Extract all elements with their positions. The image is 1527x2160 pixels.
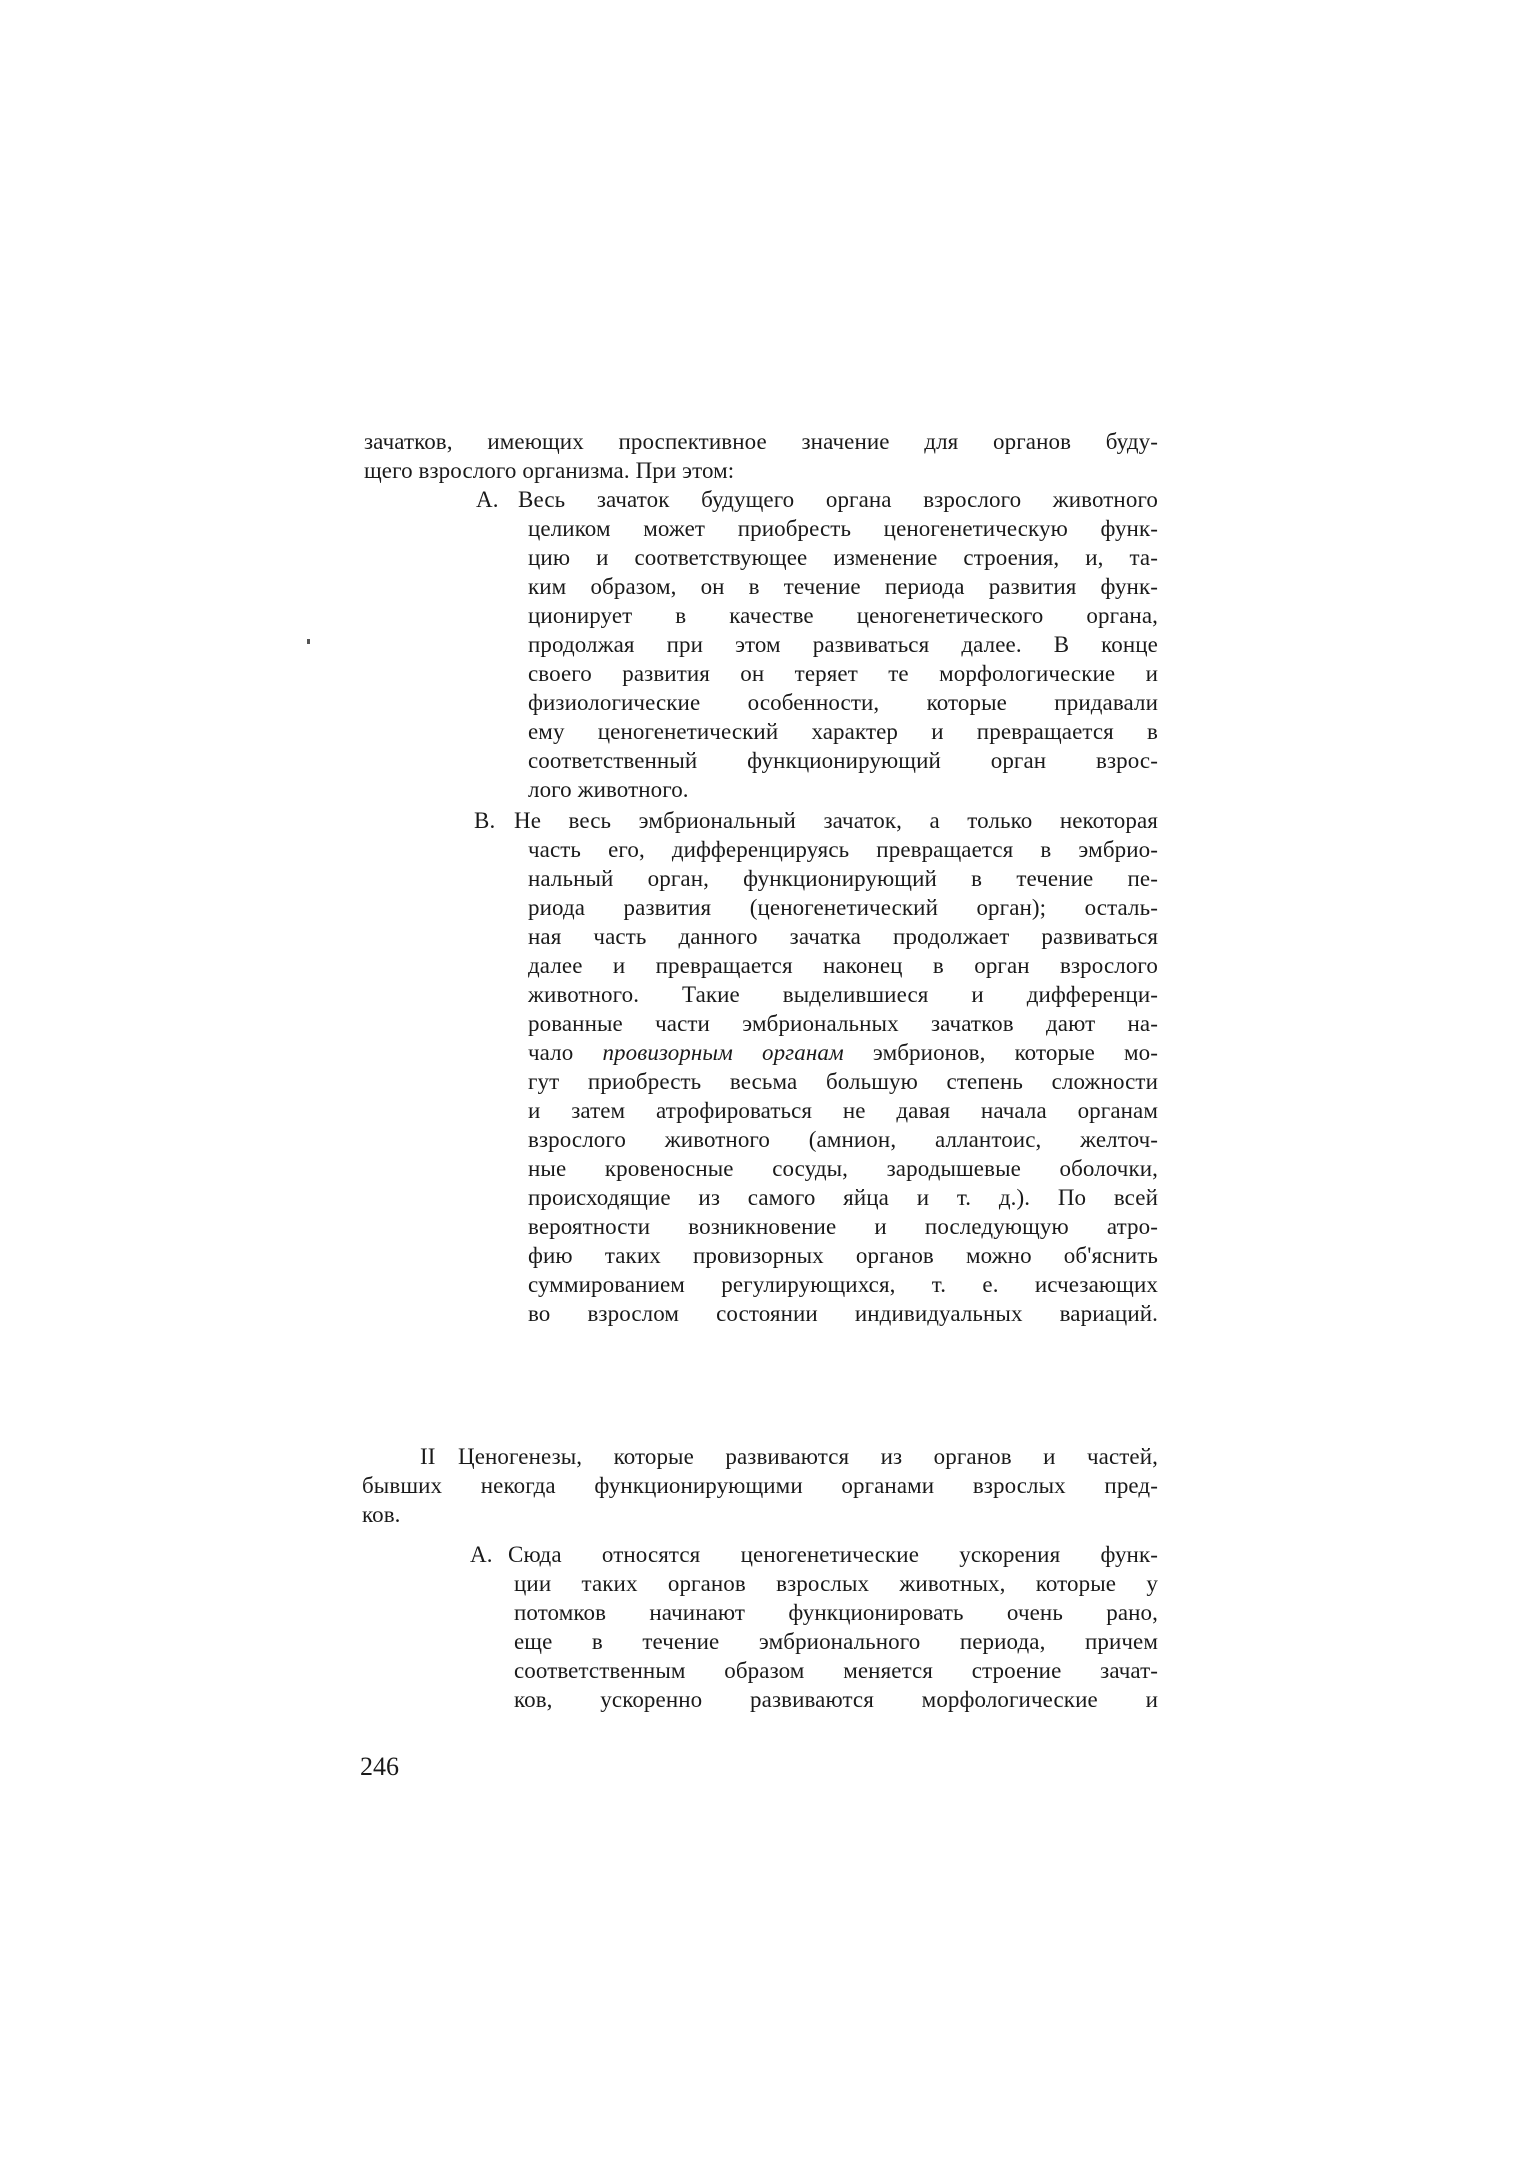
emphasized-term: провизорным органам (602, 1040, 843, 1065)
text-line: взрослого животного (амнион, аллантоис, … (528, 1125, 1158, 1154)
text-line: лого животного. (528, 775, 1158, 804)
text-line: ционирует в качестве ценогенетического о… (528, 601, 1158, 630)
page-number: 246 (360, 1752, 399, 1782)
text-line: вероятности возникновение и последующую … (528, 1212, 1158, 1241)
text-line: зачатков, имеющих проспективное значение… (364, 427, 1158, 456)
text-line: происходящие из самого яйца и т. д.). По… (528, 1183, 1158, 1212)
text-line: Сюда относятся ценогенетические ускорени… (508, 1540, 1158, 1569)
list-marker: В. (474, 806, 514, 835)
text-line: гут приобресть весьма большую степень сл… (528, 1067, 1158, 1096)
scan-artifact (307, 639, 310, 644)
text-line: цию и соответствующее изменение строения… (528, 543, 1158, 572)
text-line: ции таких органов взрослых животных, кот… (514, 1569, 1158, 1598)
list-marker: А. (470, 1540, 510, 1569)
section-marker: II (420, 1442, 450, 1471)
text-line: своего развития он теряет те морфологиче… (528, 659, 1158, 688)
text-line: соответственным образом меняется строени… (514, 1656, 1158, 1685)
text-line: ков. (362, 1500, 1158, 1529)
text-line: животного. Такие выделившиеся и дифферен… (528, 980, 1158, 1009)
text-line: соответственный функционирующий орган вз… (528, 746, 1158, 775)
text-line: Ценогенезы, которые развиваются из орган… (458, 1442, 1158, 1471)
book-page: зачатков, имеющих проспективное значение… (0, 0, 1527, 2160)
text-line: рованные части эмбриональных зачатков да… (528, 1009, 1158, 1038)
text-line: ков, ускоренно развиваются морфологическ… (514, 1685, 1158, 1714)
text-line: целиком может приобресть ценогенетическу… (528, 514, 1158, 543)
text-line: и затем атрофироваться не давая начала о… (528, 1096, 1158, 1125)
list-marker: А. (476, 485, 516, 514)
text-run: эмбрионов, которые мо- (844, 1040, 1158, 1065)
text-line: во взрослом состоянии индивидуальных вар… (528, 1299, 1158, 1328)
text-line: далее и превращается наконец в орган взр… (528, 951, 1158, 980)
text-line: бывших некогда функционирующими органами… (362, 1471, 1158, 1500)
text-line: часть его, дифференцируясь превращается … (528, 835, 1158, 864)
text-line: фию таких провизорных органов можно об'я… (528, 1241, 1158, 1270)
text-line: ким образом, он в течение периода развит… (528, 572, 1158, 601)
text-line: щего взрослого организма. При этом: (364, 456, 1158, 485)
text-line: Не весь эмбриональный зачаток, а только … (514, 806, 1158, 835)
text-line: ему ценогенетический характер и превраща… (528, 717, 1158, 746)
text-line: нальный орган, функционирующий в течение… (528, 864, 1158, 893)
text-run: чало (528, 1040, 602, 1065)
text-line: риода развития (ценогенетический орган);… (528, 893, 1158, 922)
text-line: продолжая при этом развиваться далее. В … (528, 630, 1158, 659)
text-line: ные кровеносные сосуды, зародышевые обол… (528, 1154, 1158, 1183)
text-line: Весь зачаток будущего органа взрослого ж… (518, 485, 1158, 514)
text-line-with-emphasis: чало провизорным органам эмбрионов, кото… (528, 1038, 1158, 1067)
text-line: физиологические особенности, которые при… (528, 688, 1158, 717)
text-line: потомков начинают функционировать очень … (514, 1598, 1158, 1627)
text-line: суммированием регулирующихся, т. е. исче… (528, 1270, 1158, 1299)
text-line: ная часть данного зачатка продолжает раз… (528, 922, 1158, 951)
text-line: еще в течение эмбрионального периода, пр… (514, 1627, 1158, 1656)
